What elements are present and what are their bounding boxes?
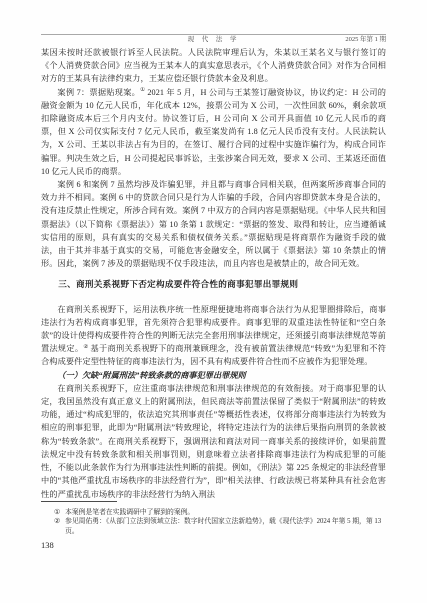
- case7-text-after: 2021 年 5 月，H 公司与王某签订融资协议，协议约定：H 公司的融资金额为…: [41, 88, 386, 176]
- paragraph-continuation: 某因未按时还款被银行诉至人民法院。人民法院审理后认为，朱某以王某名义与银行签订的…: [41, 46, 386, 86]
- section-heading: 三、商刑关系视野下否定构成要件符合性的商事犯罪出罪规则: [41, 278, 386, 291]
- footnote-2: ② 参见周佑勇：《从部门立法到领域立法：数字时代国家立法新趋势》，载《现代法学》…: [41, 517, 386, 536]
- footnote-1: ① 本案例是笔者在实践调研中了解到的案例。: [41, 508, 386, 518]
- case7-text-before: 案例 7：票据贴现案。: [57, 88, 140, 97]
- issue-label: 2025 年第 1 期: [345, 34, 386, 43]
- case-comparison-text: 案例 6 和案例 7 虽然均涉及诈骗犯罪，并且都与商事合同相关联，但两案所涉商事…: [41, 180, 386, 268]
- footnote-2-marker: ②: [54, 517, 60, 527]
- footnote-2-text: 参见周佑勇：《从部门立法到领域立法：数字时代国家立法新趋势》，载《现代法学》20…: [65, 517, 386, 536]
- page-footer: ① 本案例是笔者在实践调研中了解到的案例。 ② 参见周佑勇：《从部门立法到领域立…: [41, 501, 386, 603]
- case7-paragraph: 案例 7：票据贴现案。①2021 年 5 月，H 公司与王某签订融资协议，协议约…: [41, 86, 386, 178]
- journal-title: 现 代 法 学: [188, 34, 240, 43]
- subsection-paragraph-text: 在商刑关系视野下，应注重商事法律规范和刑事法律规范的有效衔接。对于商事犯罪的认定…: [41, 384, 386, 499]
- section-intro-paragraph: 在商刑关系视野下，运用法秩序统一性原理便捷地将商事合法行为从犯罪圈排除后，商事违…: [41, 303, 386, 369]
- footnote-1-text: 本案例是笔者在实践调研中了解到的案例。: [65, 508, 386, 518]
- paragraph-continuation-text: 某因未按时还款被银行诉至人民法院。人民法院审理后认为，朱某以王某名义与银行签订的…: [41, 48, 386, 83]
- case-comparison-paragraph: 案例 6 和案例 7 虽然均涉及诈骗犯罪，并且都与商事合同相关联，但两案所涉商事…: [41, 178, 386, 270]
- journal-page: 现 代 法 学 2025 年第 1 期 某因未按时还款被银行诉至人民法院。人民法…: [0, 0, 427, 603]
- subsection-heading: （一）欠缺“附属刑法”转致条款的商事犯罪出罪规则: [41, 369, 386, 382]
- section-intro-text-after: 基于商刑关系视野下的商刑兼顾理念，没有被前置法律规范“转致”为犯罪和不符合构成要…: [41, 344, 386, 366]
- footnote-ref-2: ②: [83, 344, 88, 350]
- footnote-ref-1: ①: [140, 87, 145, 93]
- footnote-divider: [41, 501, 117, 502]
- footnote-1-marker: ①: [54, 508, 60, 518]
- subsection-paragraph: 在商刑关系视野下，应注重商事法律规范和刑事法律规范的有效衔接。对于商事犯罪的认定…: [41, 382, 386, 501]
- page-number: 138: [41, 540, 386, 550]
